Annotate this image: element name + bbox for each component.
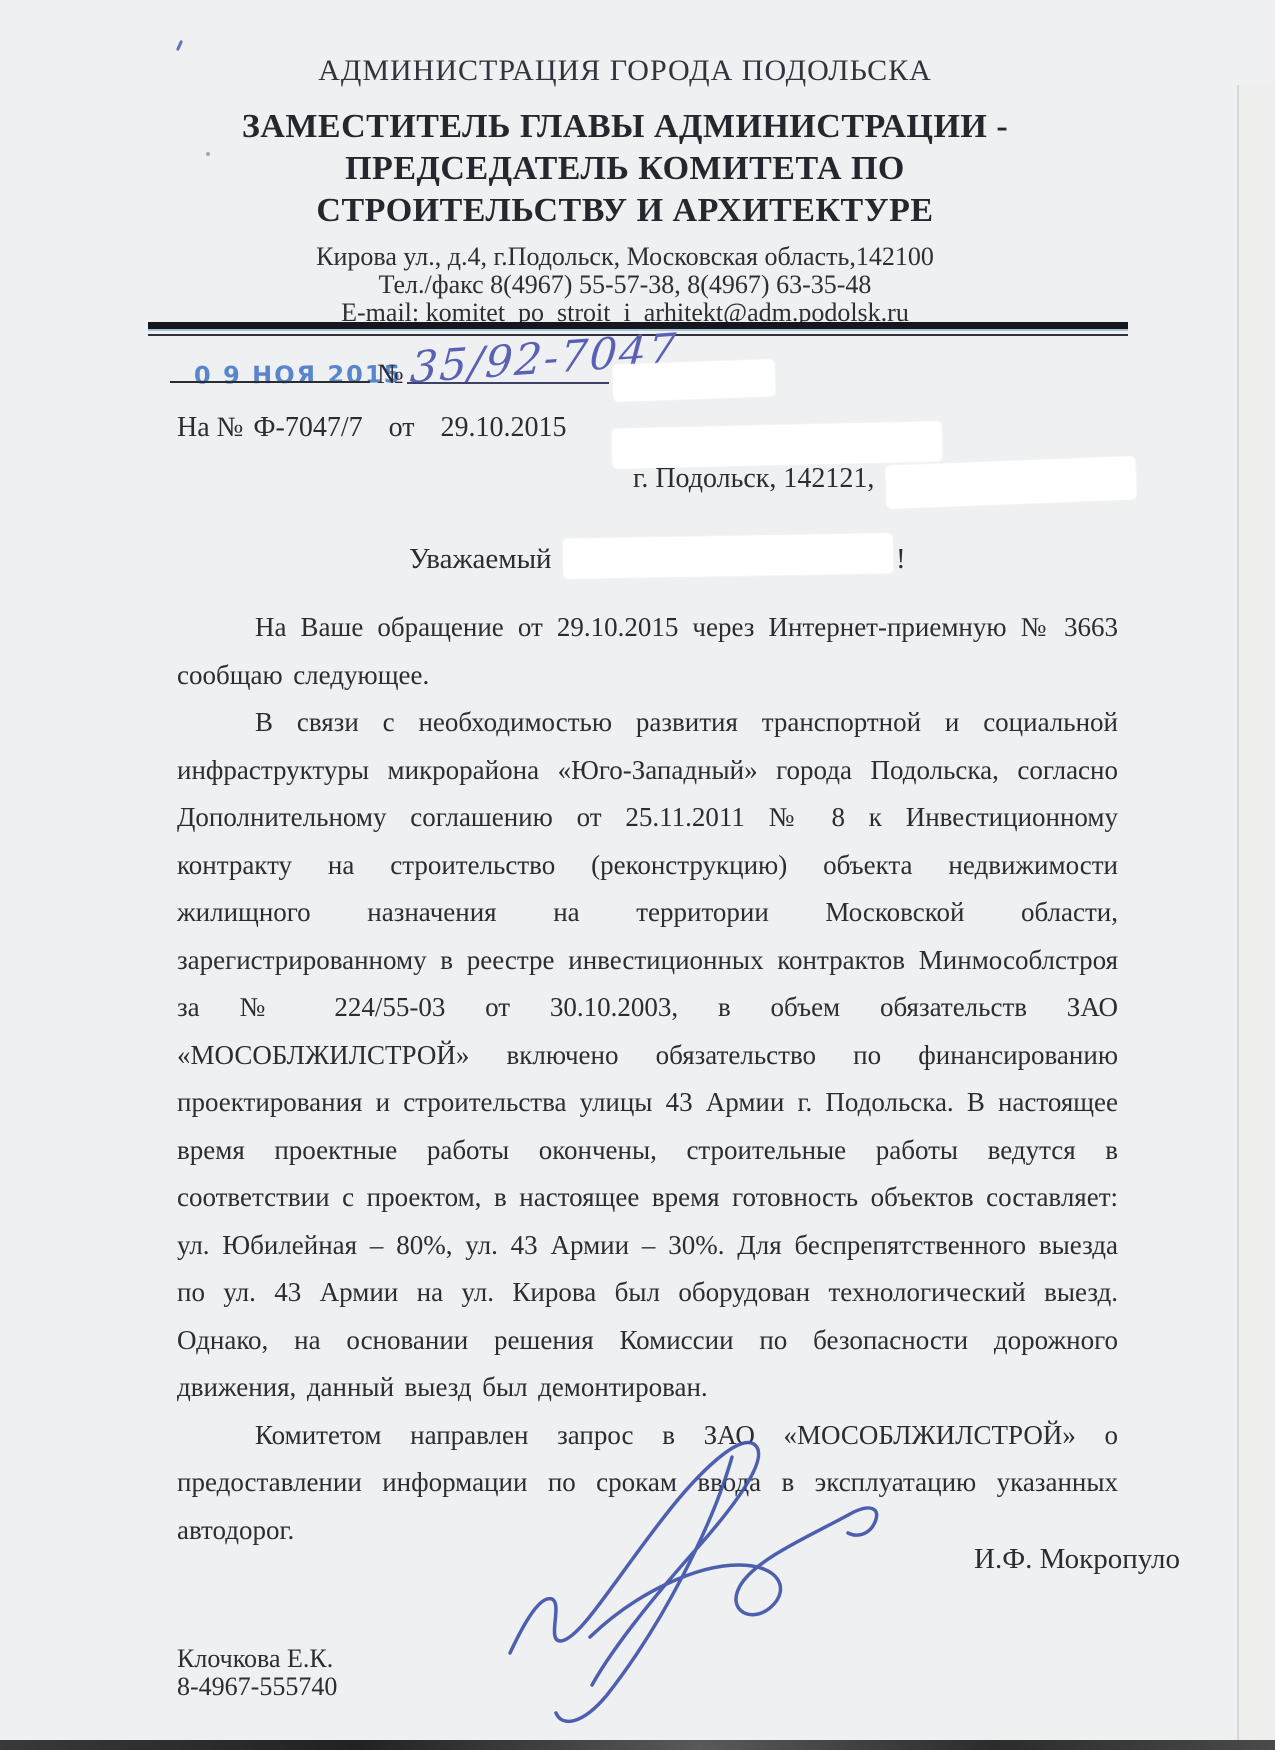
recipient-city-line: г. Подольск, 142121,: [633, 463, 874, 495]
redaction-box: [612, 421, 943, 468]
reply-date: 29.10.2015: [440, 412, 566, 443]
ink-speck: [176, 40, 183, 51]
body-paragraph-1: На Ваше обращение от 29.10.2015 через Ин…: [177, 604, 1118, 699]
salutation-exclamation: !: [896, 543, 906, 576]
reply-number: Ф-7047/7: [253, 412, 362, 443]
date-underline: [170, 381, 370, 383]
number-underline: [407, 382, 609, 384]
executor-name: Клочкова Е.К.: [177, 1645, 337, 1673]
incoming-date-stamp: 0 9 НОЯ 2015: [194, 360, 402, 389]
phone-line: Тел./факс 8(4967) 55-57-38, 8(4967) 63-3…: [150, 271, 1100, 299]
redaction-box: [885, 456, 1136, 509]
title-line-2: ПРЕДСЕДАТЕЛЬ КОМИТЕТА ПО: [150, 148, 1100, 190]
organization-name: АДМИНИСТРАЦИЯ ГОРОДА ПОДОЛЬСКА: [150, 54, 1100, 88]
title-line-3: СТРОИТЕЛЬСТВУ И АРХИТЕКТУРЕ: [150, 190, 1100, 232]
title-line-1: ЗАМЕСТИТЕЛЬ ГЛАВЫ АДМИНИСТРАЦИИ -: [150, 106, 1100, 148]
reply-reference-line: На №Ф-7047/7от29.10.2015: [177, 412, 566, 444]
salutation-prefix: Уважаемый: [409, 543, 552, 576]
executor-block: Клочкова Е.К. 8-4967-555740: [177, 1645, 337, 1701]
contact-block: Кирова ул., д.4, г.Подольск, Московская …: [150, 243, 1100, 327]
number-sign: №: [377, 359, 404, 391]
redaction-box: [563, 533, 894, 579]
executor-phone: 8-4967-555740: [177, 1673, 337, 1701]
address-line: Кирова ул., д.4, г.Подольск, Московская …: [150, 243, 1100, 271]
body-paragraph-2: В связи с необходимостью развития трансп…: [177, 699, 1118, 1412]
official-title: ЗАМЕСТИТЕЛЬ ГЛАВЫ АДМИНИСТРАЦИИ - ПРЕДСЕ…: [150, 106, 1100, 232]
paper-edge-shade: [1239, 85, 1275, 1750]
reply-prefix: На №: [177, 412, 243, 443]
signature-scribble: [440, 1395, 900, 1730]
redaction-box: [612, 359, 775, 402]
scan-bottom-edge: [0, 1740, 1275, 1750]
signatory-name: И.Ф. Мокропуло: [905, 1543, 1180, 1576]
paper-edge-line: [1237, 85, 1239, 1750]
reply-ot: от: [389, 412, 415, 443]
